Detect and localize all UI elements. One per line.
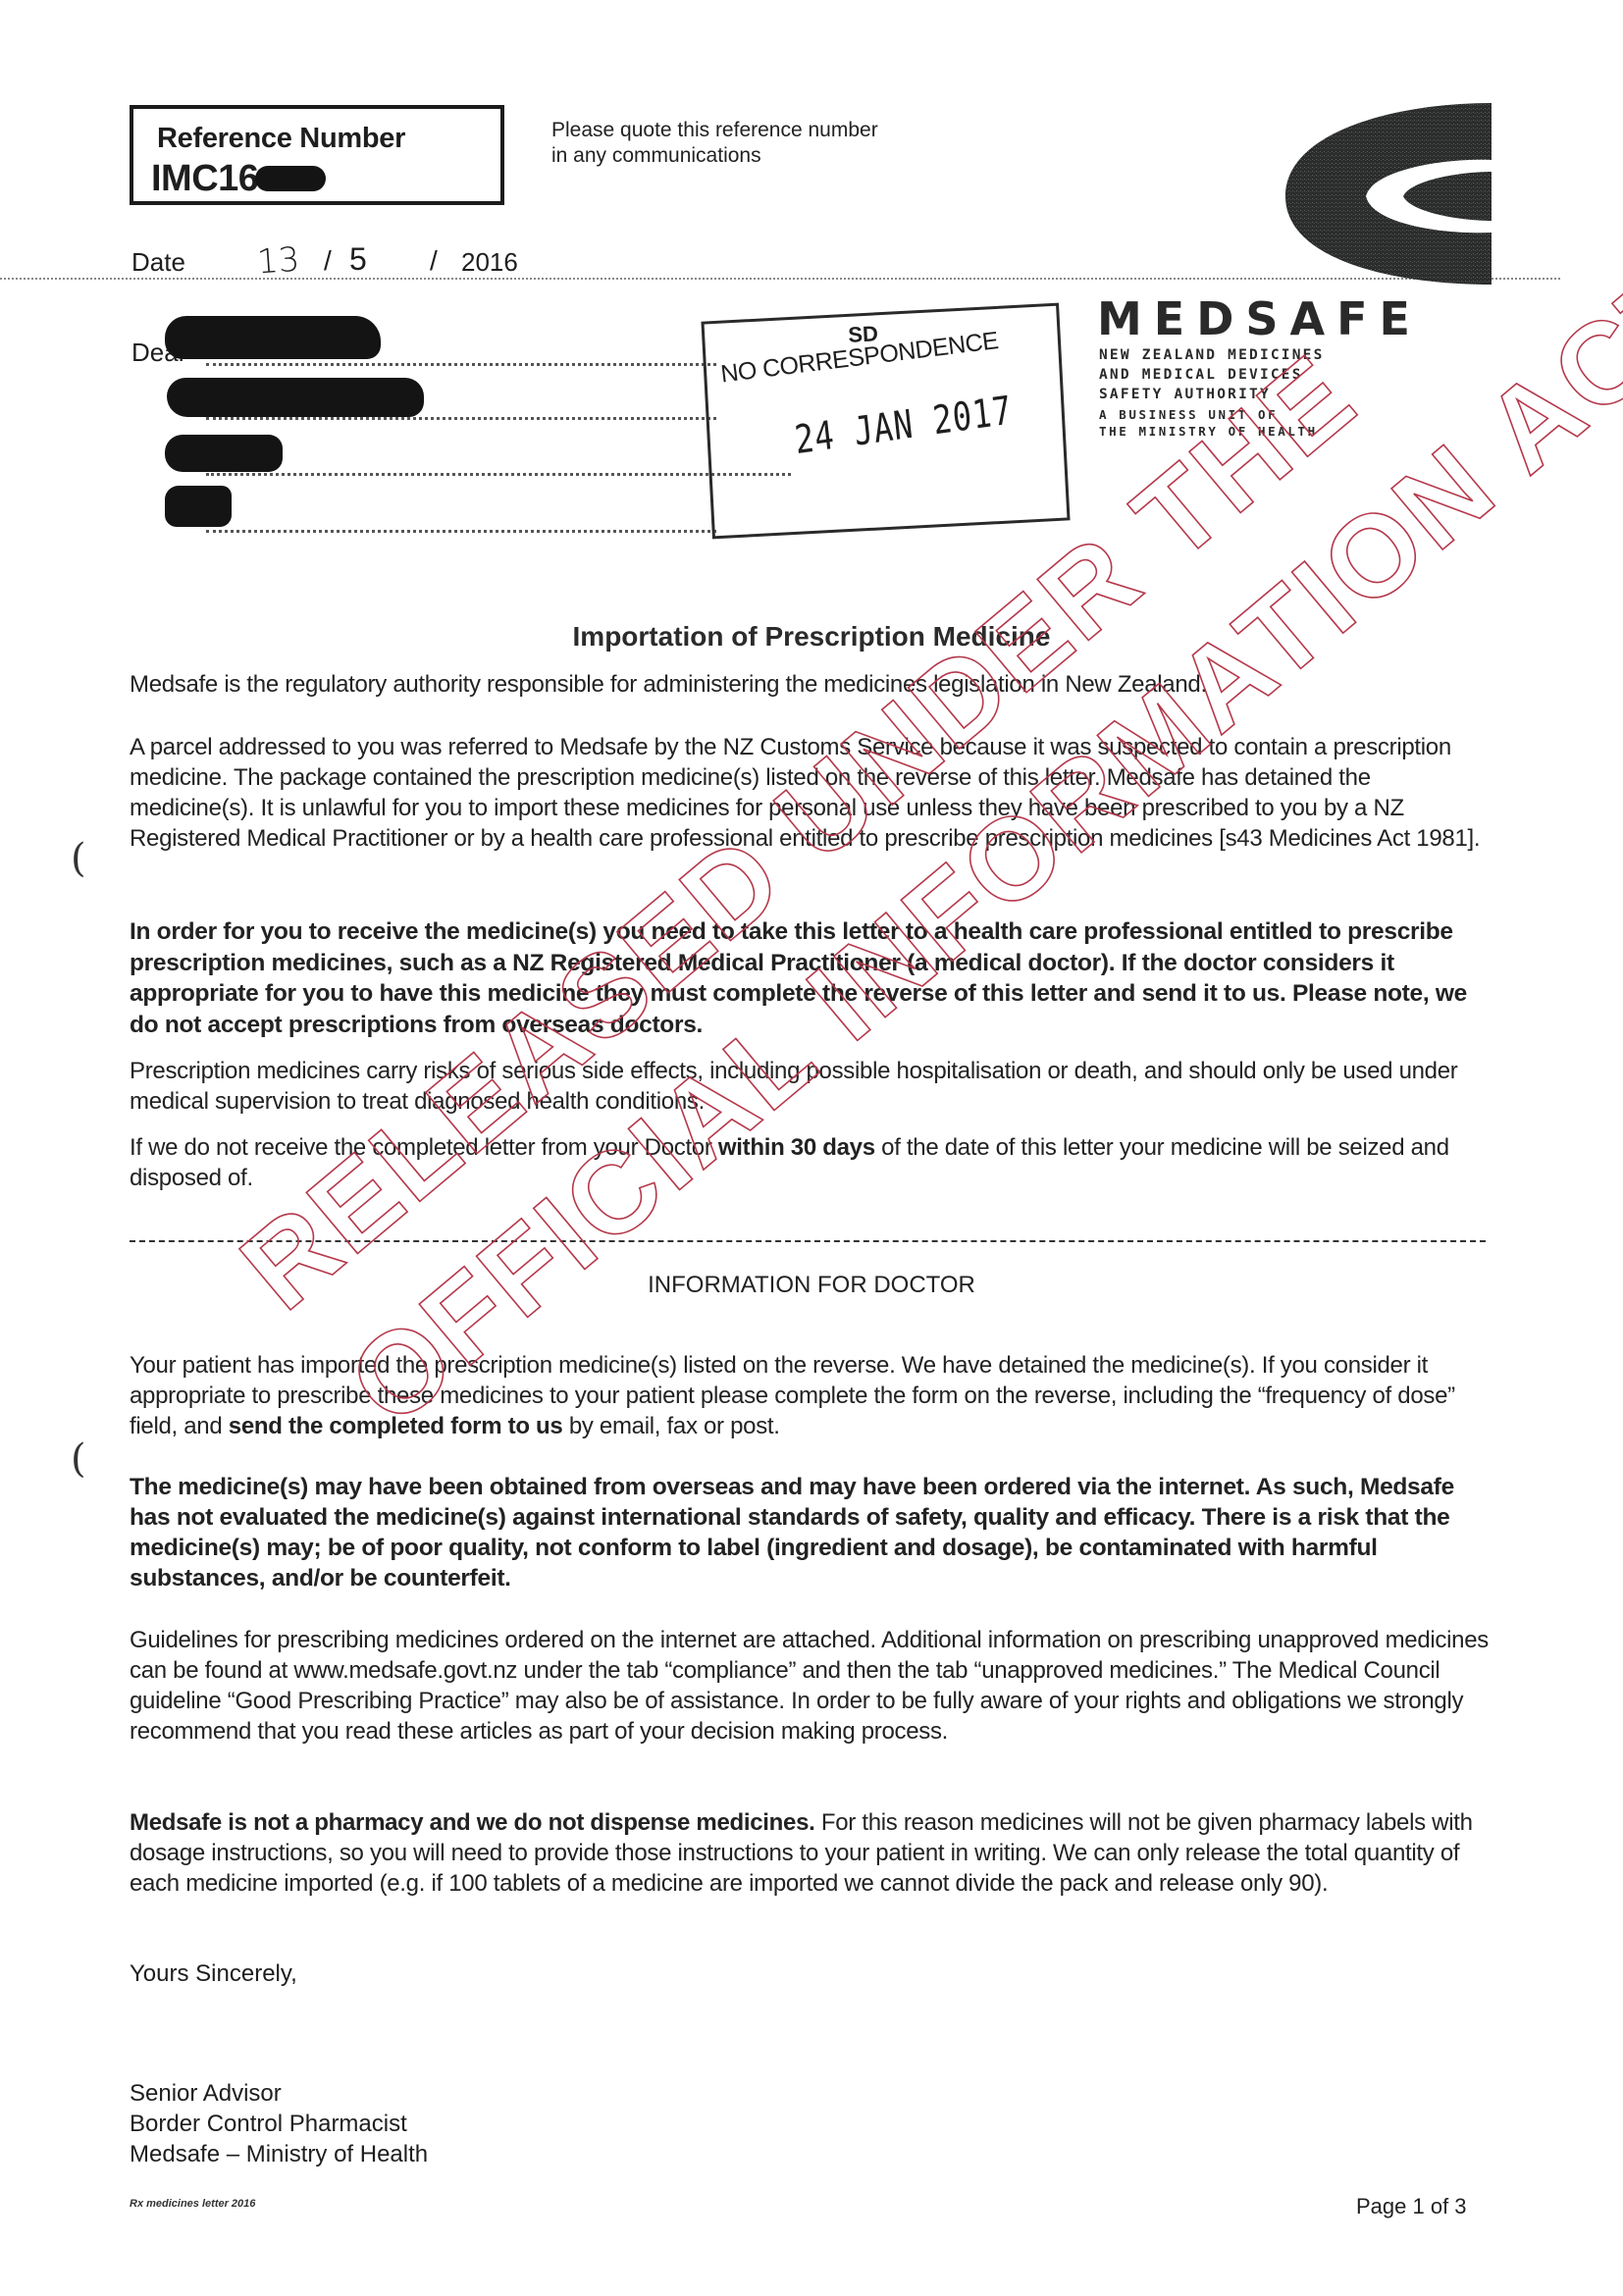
binder-hole-mark: ( bbox=[71, 1436, 86, 1482]
reference-number-box: Reference Number IMC16 bbox=[130, 105, 504, 205]
paragraph-deadline: If we do not receive the completed lette… bbox=[130, 1132, 1493, 1193]
unit-line: A BUSINESS UNIT OF bbox=[1099, 406, 1318, 423]
address-redaction bbox=[165, 435, 283, 472]
quote-note-line: in any communications bbox=[551, 143, 878, 169]
subtitle-line: NEW ZEALAND MEDICINES bbox=[1099, 345, 1325, 365]
doctor-section-title: INFORMATION FOR DOCTOR bbox=[0, 1272, 1623, 1299]
text: If we do not receive the completed lette… bbox=[130, 1134, 718, 1161]
paragraph-patient-imported: Your patient has imported the prescripti… bbox=[130, 1350, 1493, 1441]
paragraph-regulatory-authority: Medsafe is the regulatory authority resp… bbox=[130, 669, 1493, 700]
deadline-emphasis: within 30 days bbox=[718, 1134, 875, 1161]
date-separator: / bbox=[430, 245, 438, 277]
signature-block: Senior Advisor Border Control Pharmacist… bbox=[130, 2078, 428, 2169]
paragraph-guidelines: Guidelines for prescribing medicines ord… bbox=[130, 1625, 1493, 1747]
correspondence-stamp: SD NO CORRESPONDENCE 24 JAN 2017 bbox=[701, 303, 1070, 540]
subtitle-line: AND MEDICAL DEVICES bbox=[1099, 365, 1325, 385]
document-code: Rx medicines letter 2016 bbox=[130, 2198, 255, 2210]
reference-label: Reference Number bbox=[157, 123, 405, 155]
not-pharmacy-emphasis: Medsafe is not a pharmacy and we do not … bbox=[130, 1809, 815, 1836]
date-year: 2016 bbox=[461, 247, 518, 278]
date-separator: / bbox=[324, 245, 332, 277]
section-divider bbox=[130, 1240, 1486, 1242]
paragraph-risks: Prescription medicines carry risks of se… bbox=[130, 1056, 1493, 1117]
document-title: Importation of Prescription Medicine bbox=[0, 621, 1623, 652]
paragraph-parcel-detained: A parcel addressed to you was referred t… bbox=[130, 732, 1493, 854]
date-month-handwritten: 5 bbox=[349, 241, 367, 278]
text: by email, fax or post. bbox=[562, 1413, 779, 1439]
quote-reference-note: Please quote this reference number in an… bbox=[551, 118, 878, 169]
quote-note-line: Please quote this reference number bbox=[551, 118, 878, 143]
page-number: Page 1 of 3 bbox=[1356, 2194, 1467, 2219]
address-rule bbox=[206, 363, 716, 366]
medsafe-wordmark: MEDSAFE bbox=[1097, 292, 1422, 345]
stamp-date: 24 JAN 2017 bbox=[793, 387, 1015, 463]
address-rule bbox=[206, 530, 716, 533]
address-redaction bbox=[165, 316, 381, 359]
date-day-handwritten: 13 bbox=[256, 240, 301, 283]
address-redaction bbox=[165, 486, 232, 527]
address-rule bbox=[206, 473, 791, 476]
signature-organisation: Medsafe – Ministry of Health bbox=[130, 2139, 428, 2169]
reference-redaction bbox=[255, 166, 326, 191]
signature-role: Border Control Pharmacist bbox=[130, 2109, 428, 2139]
date-label: Date bbox=[131, 247, 185, 278]
paragraph-quality-risk: The medicine(s) may have been obtained f… bbox=[130, 1472, 1493, 1593]
signature-title: Senior Advisor bbox=[130, 2078, 428, 2109]
address-rule bbox=[206, 417, 716, 420]
reference-number: IMC16 bbox=[151, 158, 258, 200]
unit-line: THE MINISTRY OF HEALTH bbox=[1099, 423, 1318, 440]
binder-hole-mark: ( bbox=[71, 836, 86, 881]
valediction: Yours Sincerely, bbox=[130, 1960, 297, 1988]
send-form-emphasis: send the completed form to us bbox=[229, 1413, 563, 1439]
medsafe-business-unit: A BUSINESS UNIT OF THE MINISTRY OF HEALT… bbox=[1099, 406, 1318, 440]
paragraph-how-to-receive: In order for you to receive the medicine… bbox=[130, 916, 1493, 1040]
medsafe-subtitle: NEW ZEALAND MEDICINES AND MEDICAL DEVICE… bbox=[1099, 345, 1325, 404]
paragraph-not-pharmacy: Medsafe is not a pharmacy and we do not … bbox=[130, 1807, 1493, 1899]
address-redaction bbox=[167, 378, 424, 417]
subtitle-line: SAFETY AUTHORITY bbox=[1099, 385, 1325, 404]
medsafe-logo-icon bbox=[1256, 103, 1492, 285]
